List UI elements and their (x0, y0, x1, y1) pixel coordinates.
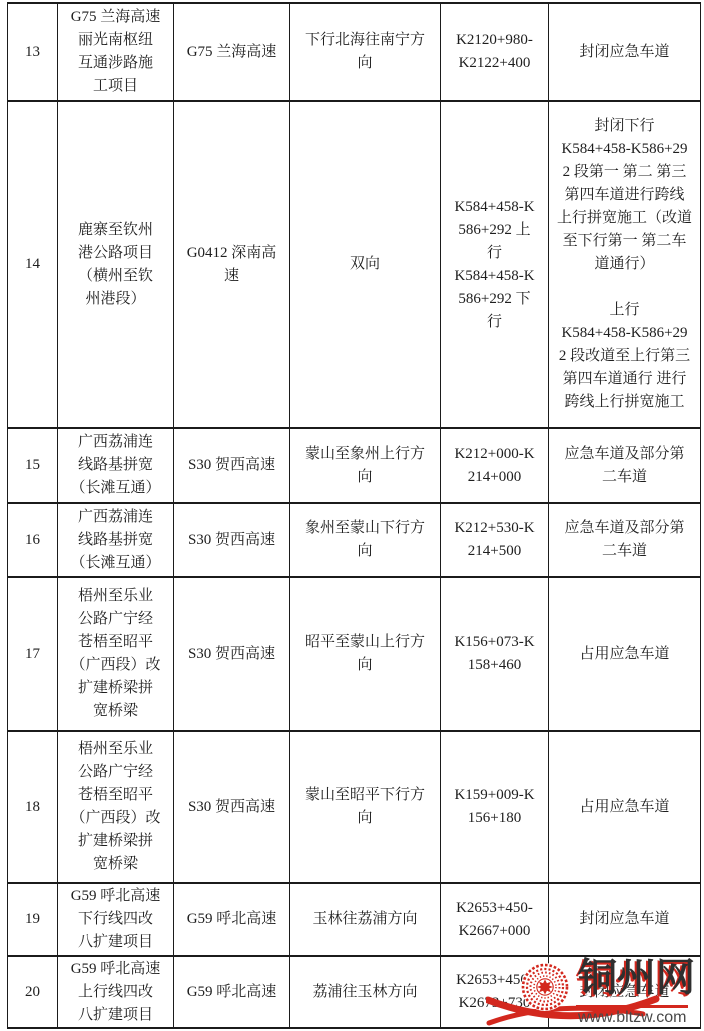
table-row: 16 广西荔浦连 线路基拼宽 （长滩互通） S30 贺西高速 象州至蒙山下行方 … (8, 503, 701, 577)
cell-index: 14 (8, 101, 58, 428)
cell-stake-range: K159+009-K 156+180 (441, 731, 549, 883)
cell-lane-closure: 应急车道及部分第 二车道 (549, 428, 701, 503)
cell-highway: S30 贺西高速 (174, 428, 290, 503)
cell-highway: S30 贺西高速 (174, 731, 290, 883)
cell-direction: 玉林往荔浦方向 (290, 883, 441, 956)
cell-lane-closure: 占用应急车道 (549, 731, 701, 883)
cell-index: 20 (8, 956, 58, 1028)
cell-project-name: G75 兰海高速 丽光南枢纽 互通涉路施 工项目 (58, 3, 174, 101)
table-row: 14 鹿寨至钦州 港公路项目 （横州至钦 州港段） G0412 深南高 速 双向… (8, 101, 701, 428)
cell-highway: G59 呼北高速 (174, 883, 290, 956)
cell-lane-closure: 应急车道及部分第 二车道 (549, 503, 701, 577)
cell-stake-range: K2653+450- K2673+730 (441, 956, 549, 1028)
table-row: 15 广西荔浦连 线路基拼宽 （长滩互通） S30 贺西高速 蒙山至象州上行方 … (8, 428, 701, 503)
cell-index: 18 (8, 731, 58, 883)
cell-stake-range: K584+458-K 586+292 上 行 K584+458-K 586+29… (441, 101, 549, 428)
cell-direction: 蒙山至昭平下行方 向 (290, 731, 441, 883)
cell-highway: G75 兰海高速 (174, 3, 290, 101)
cell-highway: S30 贺西高速 (174, 503, 290, 577)
table-row: 18 梧州至乐业 公路广宁经 苍梧至昭平 （广西段）改 扩建桥梁拼 宽桥梁 S3… (8, 731, 701, 883)
cell-direction: 昭平至蒙山上行方 向 (290, 577, 441, 731)
cell-lane-closure: 封闭下行 K584+458-K586+29 2 段第一 第二 第三 第四车道进行… (549, 101, 701, 428)
document-page: 13 G75 兰海高速 丽光南枢纽 互通涉路施 工项目 G75 兰海高速 下行北… (0, 0, 704, 1031)
cell-direction: 下行北海往南宁方 向 (290, 3, 441, 101)
cell-index: 17 (8, 577, 58, 731)
table-row: 20 G59 呼北高速 上行线四改 八扩建项目 G59 呼北高速 荔浦往玉林方向… (8, 956, 701, 1028)
table-row: 19 G59 呼北高速 下行线四改 八扩建项目 G59 呼北高速 玉林往荔浦方向… (8, 883, 701, 956)
cell-project-name: 广西荔浦连 线路基拼宽 （长滩互通） (58, 503, 174, 577)
table-row: 17 梧州至乐业 公路广宁经 苍梧至昭平 （广西段）改 扩建桥梁拼 宽桥梁 S3… (8, 577, 701, 731)
cell-lane-closure: 封闭应急车道 (549, 956, 701, 1028)
cell-stake-range: K2120+980- K2122+400 (441, 3, 549, 101)
cell-highway: S30 贺西高速 (174, 577, 290, 731)
cell-highway: G0412 深南高 速 (174, 101, 290, 428)
cell-lane-closure: 占用应急车道 (549, 577, 701, 731)
cell-direction: 双向 (290, 101, 441, 428)
cell-highway: G59 呼北高速 (174, 956, 290, 1028)
cell-stake-range: K156+073-K 158+460 (441, 577, 549, 731)
cell-stake-range: K212+000-K 214+000 (441, 428, 549, 503)
traffic-control-table: 13 G75 兰海高速 丽光南枢纽 互通涉路施 工项目 G75 兰海高速 下行北… (7, 2, 701, 1029)
cell-stake-range: K2653+450- K2667+000 (441, 883, 549, 956)
cell-project-name: 鹿寨至钦州 港公路项目 （横州至钦 州港段） (58, 101, 174, 428)
cell-direction: 荔浦往玉林方向 (290, 956, 441, 1028)
cell-lane-closure: 封闭应急车道 (549, 883, 701, 956)
cell-project-name: 梧州至乐业 公路广宁经 苍梧至昭平 （广西段）改 扩建桥梁拼 宽桥梁 (58, 731, 174, 883)
table-row: 13 G75 兰海高速 丽光南枢纽 互通涉路施 工项目 G75 兰海高速 下行北… (8, 3, 701, 101)
cell-stake-range: K212+530-K 214+500 (441, 503, 549, 577)
cell-project-name: 广西荔浦连 线路基拼宽 （长滩互通） (58, 428, 174, 503)
cell-index: 19 (8, 883, 58, 956)
cell-direction: 象州至蒙山下行方 向 (290, 503, 441, 577)
cell-direction: 蒙山至象州上行方 向 (290, 428, 441, 503)
cell-project-name: G59 呼北高速 下行线四改 八扩建项目 (58, 883, 174, 956)
cell-project-name: G59 呼北高速 上行线四改 八扩建项目 (58, 956, 174, 1028)
cell-index: 16 (8, 503, 58, 577)
cell-index: 13 (8, 3, 58, 101)
cell-project-name: 梧州至乐业 公路广宁经 苍梧至昭平 （广西段）改 扩建桥梁拼 宽桥梁 (58, 577, 174, 731)
cell-lane-closure: 封闭应急车道 (549, 3, 701, 101)
cell-index: 15 (8, 428, 58, 503)
